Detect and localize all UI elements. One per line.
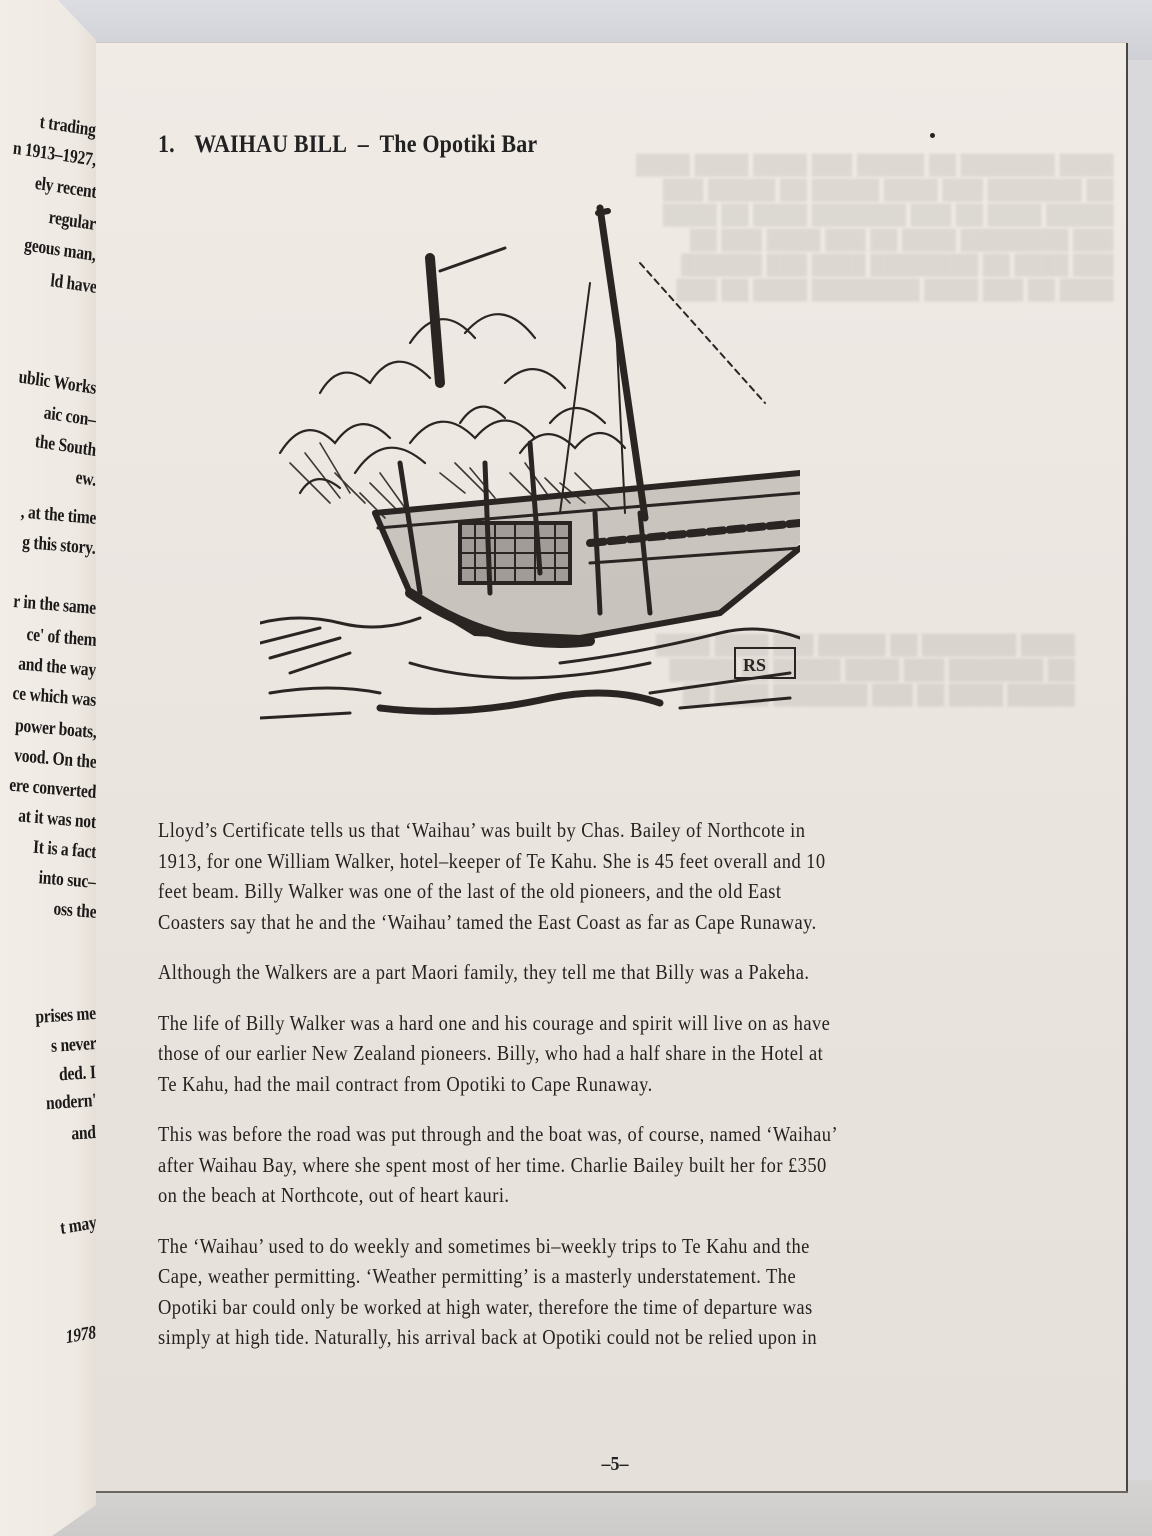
left-page-line: prises me (35, 1003, 96, 1029)
text-line: Lloyd’s Certificate tells us that ‘Waiha… (158, 815, 984, 846)
section-number: 1. (158, 131, 175, 158)
text-line: The life of Billy Walker was a hard one … (158, 1008, 984, 1039)
left-page-line: 1978 (65, 1322, 96, 1349)
text-line: after Waihau Bay, where she spent most o… (158, 1150, 984, 1181)
left-page-line: ew. (75, 467, 96, 492)
text-line: feet beam. Billy Walker was one of the l… (158, 876, 984, 907)
left-page-line: at it was not (18, 805, 96, 834)
left-facing-page: t trading n 1913–1927, ely recent regula… (0, 0, 96, 1536)
left-page-line: ce which was (12, 683, 96, 712)
text-line: Although the Walkers are a part Maori fa… (158, 957, 984, 988)
left-page-line: oss the (53, 898, 96, 924)
left-page-line: into suc– (38, 867, 96, 894)
left-page-line: t may (59, 1212, 96, 1240)
text-line: simply at high tide. Naturally, his arri… (158, 1322, 984, 1353)
text-line: Te Kahu, had the mail contract from Opot… (158, 1069, 984, 1100)
text-line: on the beach at Northcote, out of heart … (158, 1180, 984, 1211)
left-page-line: regular (48, 207, 96, 236)
boat-illustration: RS (260, 193, 800, 733)
paragraph: The life of Billy Walker was a hard one … (158, 1008, 1118, 1100)
paragraph: The ‘Waihau’ used to do weekly and somet… (158, 1231, 1118, 1353)
section-heading: 1.WAIHAU BILL–The Opotiki Bar (158, 131, 537, 159)
left-page-line: ere converted (9, 775, 96, 804)
paragraph: Although the Walkers are a part Maori fa… (158, 957, 1118, 988)
text-line: those of our earlier New Zealand pioneer… (158, 1038, 984, 1069)
left-page-line: aic con– (43, 402, 96, 432)
section-subtitle: The Opotiki Bar (379, 131, 537, 158)
ink-speck (930, 133, 935, 138)
main-page: ████ ███████ ██ █████ ███ ████ ████ ████… (96, 42, 1128, 1491)
left-page-line: ublic Works (18, 366, 96, 399)
article-body: Lloyd’s Certificate tells us that ‘Waiha… (158, 815, 1118, 1373)
left-page-line: vood. On the (13, 745, 96, 774)
left-page-line: ce' of them (26, 624, 96, 652)
left-page-line: and (71, 1122, 96, 1146)
left-page-line: power boats, (14, 715, 96, 744)
text-line: The ‘Waihau’ used to do weekly and somet… (158, 1231, 984, 1262)
heading-separator: – (358, 131, 369, 158)
left-page-line: the South (34, 431, 96, 462)
left-page-line: and the way (18, 653, 96, 682)
left-page-line: geous man, (23, 234, 96, 267)
left-page-line: nodern' (45, 1090, 96, 1115)
text-line: Opotiki bar could only be worked at high… (158, 1292, 984, 1323)
page-number: –5– (602, 1453, 629, 1476)
left-page-line: ely recent (34, 173, 96, 204)
left-page-line: ld have (49, 270, 96, 299)
left-page-line: s never (50, 1033, 96, 1058)
left-page-line: , at the time (20, 502, 96, 530)
text-line: Cape, weather permitting. ‘Weather permi… (158, 1261, 984, 1292)
left-page-line: n 1913–1927, (12, 138, 96, 172)
text-line: Coasters say that he and the ‘Waihau’ ta… (158, 907, 984, 938)
paragraph: This was before the road was put through… (158, 1119, 1118, 1211)
left-page-line: ded. I (59, 1062, 96, 1086)
text-line: 1913, for one William Walker, hotel–keep… (158, 846, 984, 877)
left-page-line: r in the same (13, 591, 96, 620)
artist-signature: RS (743, 655, 766, 675)
section-title: WAIHAU BILL (194, 131, 347, 158)
left-page-line: g this story. (22, 532, 96, 560)
left-page-line: It is a fact (32, 837, 96, 864)
left-page-line: t trading (39, 112, 96, 142)
text-line: This was before the road was put through… (158, 1119, 984, 1150)
paragraph: Lloyd’s Certificate tells us that ‘Waiha… (158, 815, 1118, 937)
